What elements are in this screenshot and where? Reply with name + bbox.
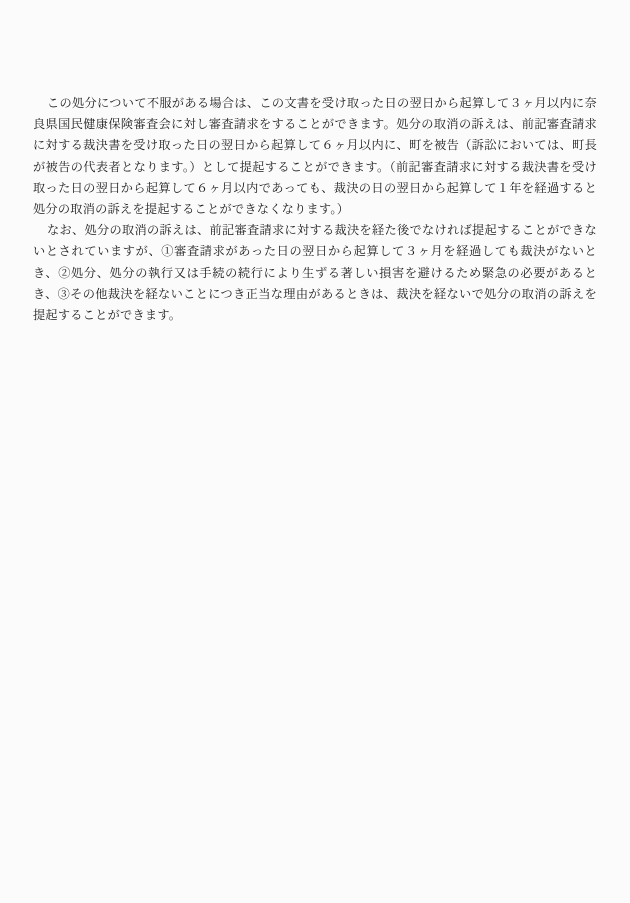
paragraph-revocation-lawsuit-exceptions: なお、処分の取消の訴えは、前記審査請求に対する裁決を経た後でなければ提起すること…	[33, 220, 597, 326]
appeal-notice-text-block: この処分について不服がある場合は、この文書を受け取った日の翌日から起算して３ヶ月…	[33, 93, 597, 326]
paragraph-administrative-appeal-instructions: この処分について不服がある場合は、この文書を受け取った日の翌日から起算して３ヶ月…	[33, 93, 597, 220]
scanned-document-page: この処分について不服がある場合は、この文書を受け取った日の翌日から起算して３ヶ月…	[0, 0, 630, 903]
